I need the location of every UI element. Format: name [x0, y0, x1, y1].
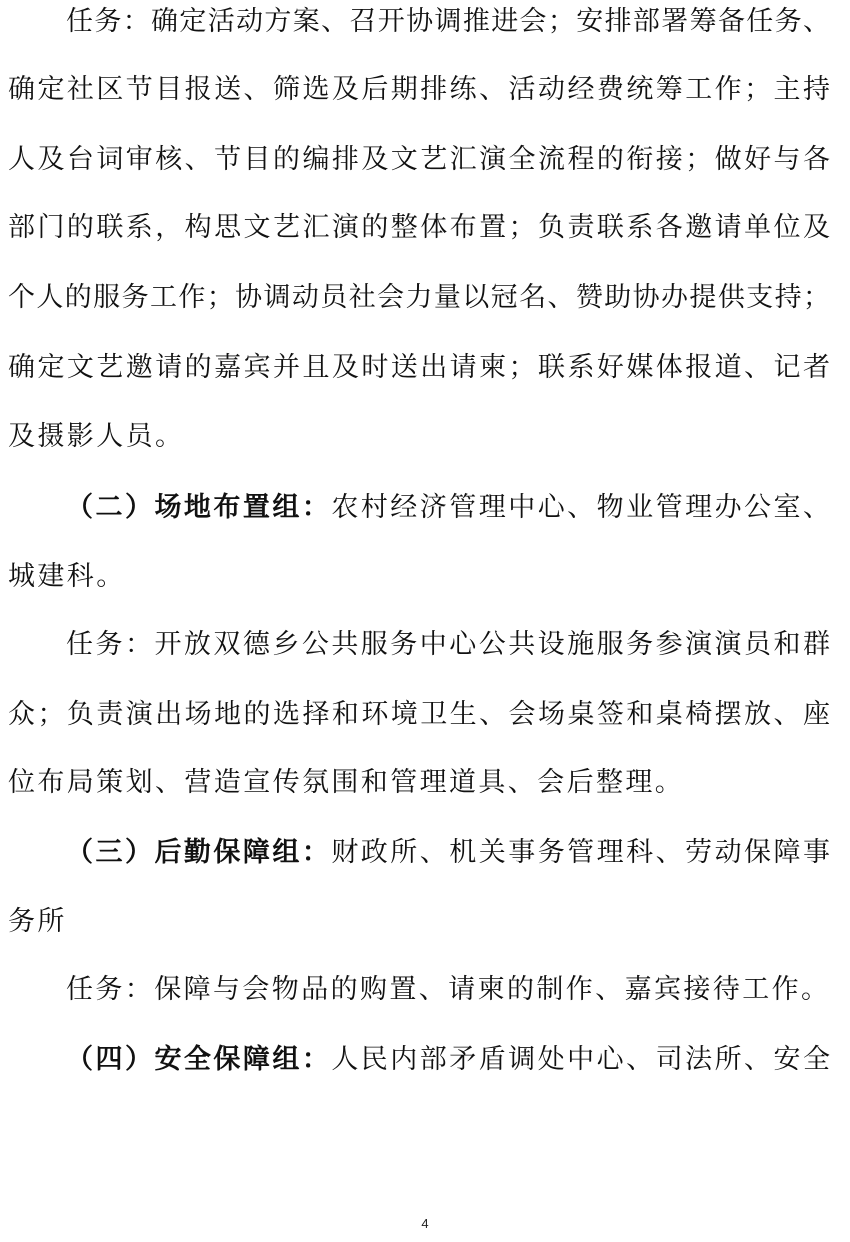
line-text: 城建科。	[8, 561, 126, 592]
line-text: 众；负责演出场地的选择和环境卫生、会场桌签和桌椅摆放、座	[8, 699, 832, 730]
page-number: 4	[0, 1216, 850, 1231]
paragraph-line: 人及台词审核、节目的编排及文艺汇演全流程的衔接；做好与各	[8, 143, 830, 177]
paragraph-line: 城建科。	[8, 560, 830, 594]
line-text: 任务：确定活动方案、召开协调推进会；安排部署筹备任务、	[66, 6, 831, 37]
line-text: 任务：开放双德乡公共服务中心公共设施服务参演演员和群	[66, 629, 832, 660]
paragraph-line: 众；负责演出场地的选择和环境卫生、会场桌签和桌椅摆放、座	[8, 698, 830, 732]
paragraph-line: 任务：确定活动方案、召开协调推进会；安排部署筹备任务、	[66, 5, 830, 39]
line-text: 部门的联系，构思文艺汇演的整体布置；负责联系各邀请单位及	[8, 212, 832, 243]
line-text: 及摄影人员。	[8, 421, 184, 452]
paragraph-line: 务所	[8, 905, 830, 939]
paragraph-line: 确定文艺邀请的嘉宾并且及时送出请柬；联系好媒体报道、记者	[8, 351, 830, 385]
section-heading-line: （二）场地布置组：农村经济管理中心、物业管理办公室、	[66, 491, 830, 525]
line-text: 人及台词审核、节目的编排及文艺汇演全流程的衔接；做好与各	[8, 144, 832, 175]
paragraph-line: 位布局策划、营造宣传氛围和管理道具、会后整理。	[8, 766, 830, 800]
section-heading: （三）后勤保障组：	[66, 837, 331, 868]
line-text: 农村经济管理中心、物业管理办公室、	[331, 492, 832, 523]
line-text: 位布局策划、营造宣传氛围和管理道具、会后整理。	[8, 767, 684, 798]
line-text: 个人的服务工作；协调动员社会力量以冠名、赞助协办提供支持；	[8, 282, 831, 313]
line-text: 财政所、机关事务管理科、劳动保障事	[331, 837, 832, 868]
paragraph-line: 部门的联系，构思文艺汇演的整体布置；负责联系各邀请单位及	[8, 211, 830, 245]
section-heading-line: （四）安全保障组：人民内部矛盾调处中心、司法所、安全	[66, 1043, 830, 1077]
document-page: 任务：确定活动方案、召开协调推进会；安排部署筹备任务、 确定社区节目报送、筛选及…	[0, 0, 850, 1242]
section-heading: （四）安全保障组：	[66, 1044, 331, 1075]
paragraph-line: 个人的服务工作；协调动员社会力量以冠名、赞助协办提供支持；	[8, 281, 830, 315]
section-heading-line: （三）后勤保障组：财政所、机关事务管理科、劳动保障事	[66, 836, 830, 870]
line-text: 确定文艺邀请的嘉宾并且及时送出请柬；联系好媒体报道、记者	[8, 352, 832, 383]
line-text: 务所	[8, 906, 67, 937]
paragraph-line: 任务：保障与会物品的购置、请柬的制作、嘉宾接待工作。	[66, 973, 830, 1007]
paragraph-line: 任务：开放双德乡公共服务中心公共设施服务参演演员和群	[66, 628, 830, 662]
section-heading: （二）场地布置组：	[66, 492, 331, 523]
line-text: 任务：保障与会物品的购置、请柬的制作、嘉宾接待工作。	[66, 974, 830, 1005]
line-text: 人民内部矛盾调处中心、司法所、安全	[331, 1044, 832, 1075]
line-text: 确定社区节目报送、筛选及后期排练、活动经费统筹工作；主持	[8, 74, 832, 105]
paragraph-line: 及摄影人员。	[8, 420, 830, 454]
paragraph-line: 确定社区节目报送、筛选及后期排练、活动经费统筹工作；主持	[8, 73, 830, 107]
